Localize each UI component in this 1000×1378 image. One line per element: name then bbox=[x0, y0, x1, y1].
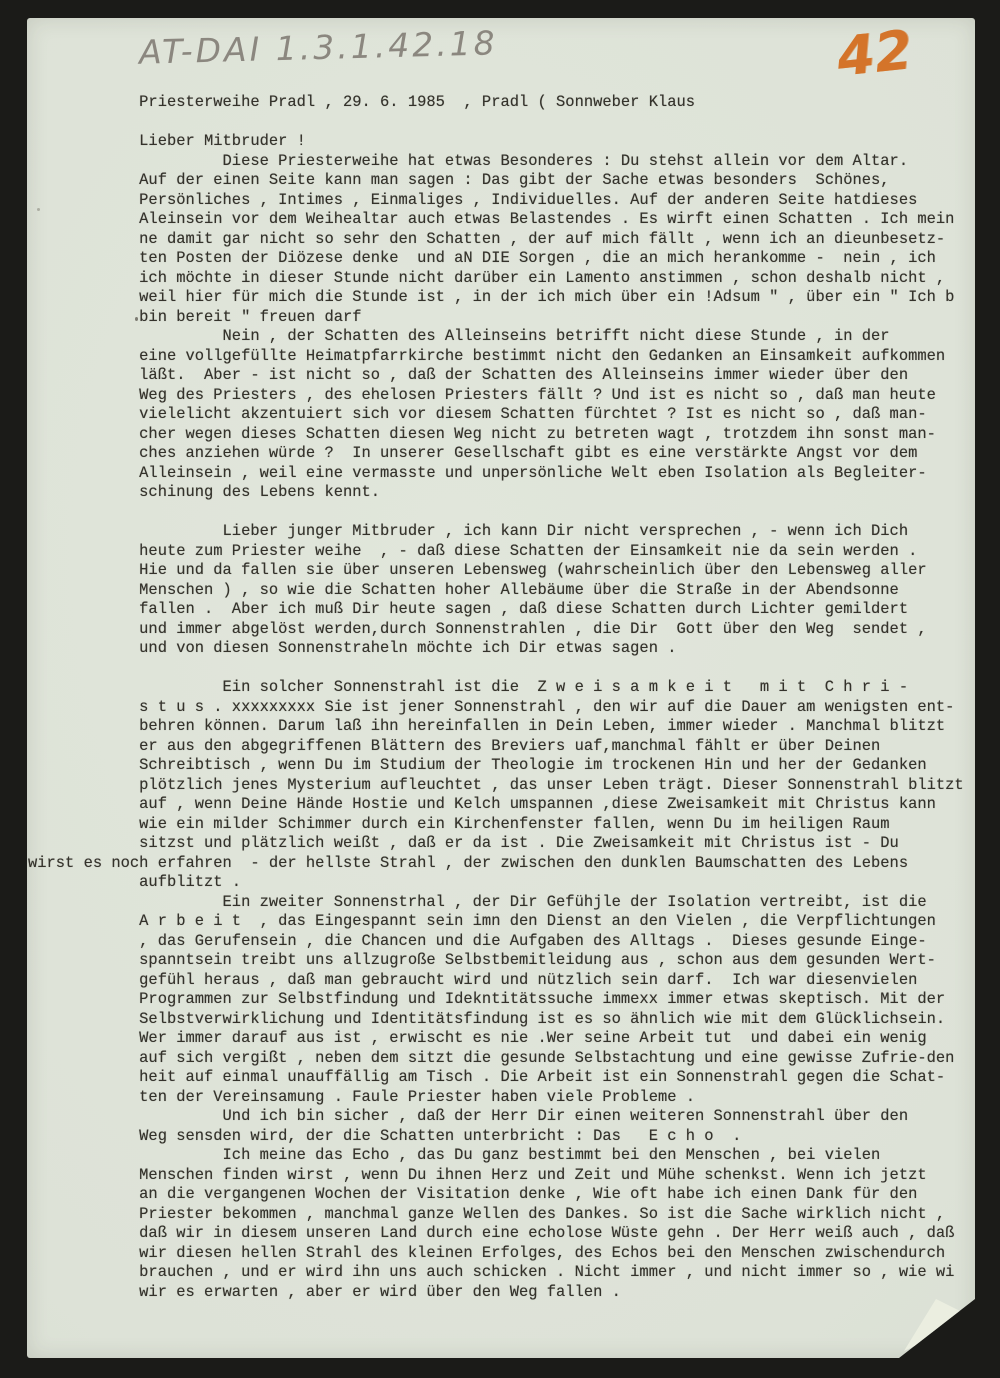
archive-reference-handwriting: AT-DAI 1.3.1.42.18 bbox=[139, 23, 499, 71]
folded-corner bbox=[895, 1296, 975, 1358]
page-number-handwriting: 42 bbox=[834, 18, 915, 89]
typed-letter-text: Priesterweihe Pradl , 29. 6. 1985 , Prad… bbox=[28, 93, 975, 1302]
document-page: AT-DAI 1.3.1.42.18 42 Priesterweihe Prad… bbox=[27, 18, 975, 1358]
paper-speck bbox=[37, 208, 40, 211]
paper-speck bbox=[135, 317, 138, 321]
fold-triangle bbox=[895, 1296, 975, 1358]
scan-background: AT-DAI 1.3.1.42.18 42 Priesterweihe Prad… bbox=[0, 0, 1000, 1378]
